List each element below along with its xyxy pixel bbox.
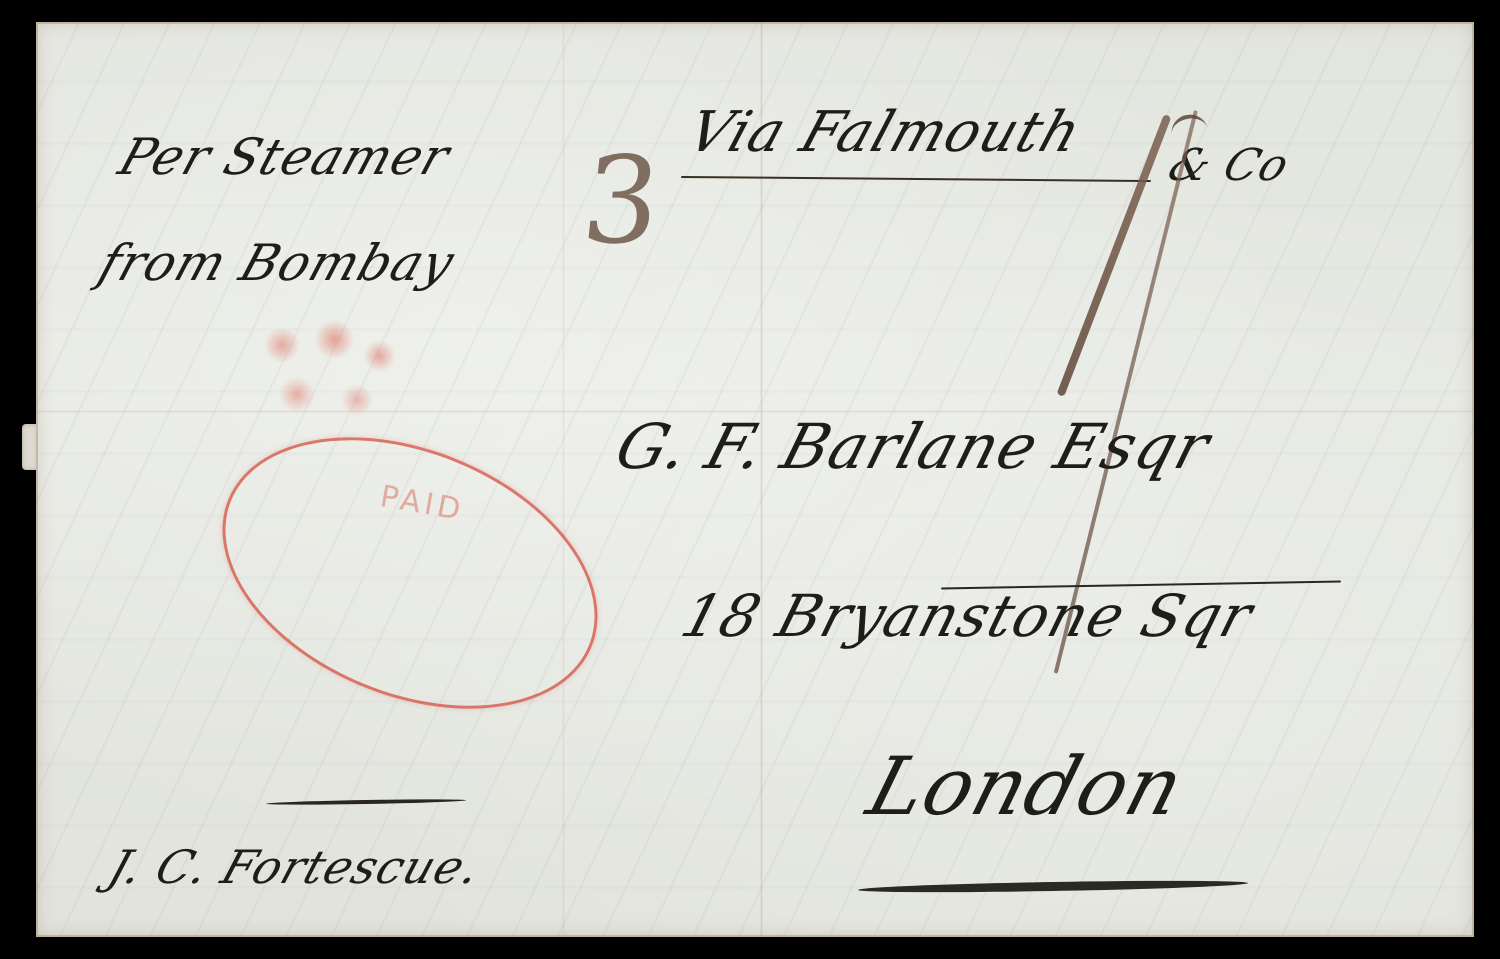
image-stage: PAID Per Steamer from Bombay 3 Via Falmo… xyxy=(0,0,1500,959)
crown-handstamp xyxy=(252,312,402,422)
address-city: London xyxy=(858,740,1194,833)
route-instruction: Via Falmouth xyxy=(680,100,1089,165)
rate-marking-loop xyxy=(1169,112,1210,152)
city-underline xyxy=(858,879,1248,895)
endorsement-line-2: from Bombay xyxy=(92,234,462,292)
oval-handstamp: PAID xyxy=(182,386,638,761)
address-street: 18 Bryanstone Sqr xyxy=(674,582,1260,650)
addressee-name: G. F. Barlane Esqr xyxy=(608,410,1218,483)
sender-flourish xyxy=(266,798,466,805)
fold-crease xyxy=(562,22,565,937)
sender-signature: J. C. Fortescue. xyxy=(102,840,488,894)
manuscript-rate-3: 3 xyxy=(576,132,668,271)
endorsement-line-1: Per Steamer xyxy=(112,128,457,186)
route-underline xyxy=(681,176,1151,182)
rate-marking-stroke xyxy=(1056,114,1171,397)
folded-letter: PAID Per Steamer from Bombay 3 Via Falmo… xyxy=(36,22,1474,937)
handstamp-text: PAID xyxy=(263,461,556,684)
